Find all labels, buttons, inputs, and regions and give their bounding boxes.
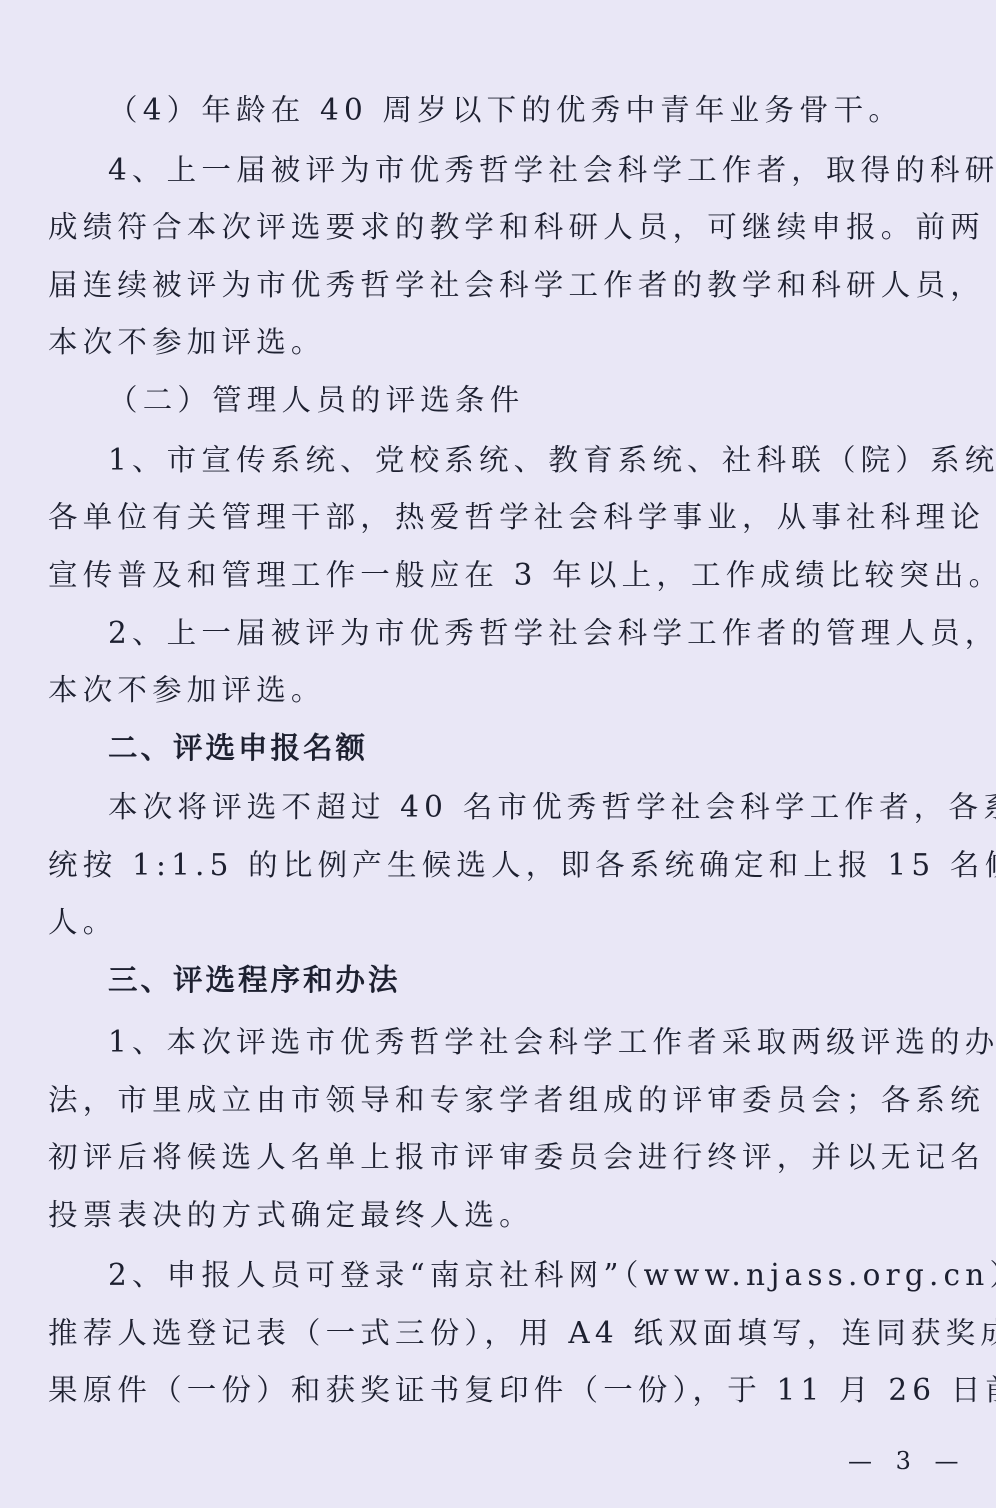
section-heading-procedure: 三、评选程序和办法 <box>108 960 948 1000</box>
section-heading-quota: 二、评选申报名额 <box>108 728 948 768</box>
text-line-procedure-item-2: 2、申报人员可登录“南京社科网”（www.njass.org.cn）下载 <box>108 1255 948 1295</box>
text-line-mgmt-item-2: 2、上一届被评为市优秀哲学社会科学工作者的管理人员， <box>108 613 948 653</box>
text-line: 法，市里成立由市领导和专家学者组成的评审委员会；各系统 <box>48 1080 948 1120</box>
text-line-procedure-item-1: 1、本次评选市优秀哲学社会科学工作者采取两级评选的办 <box>108 1022 948 1062</box>
text-line-age-criterion: （4）年龄在 40 周岁以下的优秀中青年业务骨干。 <box>108 90 948 130</box>
text-line: 人。 <box>48 902 948 942</box>
text-line: 统按 1:1.5 的比例产生候选人，即各系统确定和上报 15 名候选 <box>48 845 948 885</box>
text-line: 届连续被评为市优秀哲学社会科学工作者的教学和科研人员， <box>48 265 948 305</box>
text-line: 成绩符合本次评选要求的教学和科研人员，可继续申报。前两 <box>48 207 948 247</box>
text-line: 推荐人选登记表（一式三份），用 A4 纸双面填写，连同获奖成 <box>48 1313 948 1353</box>
subsection-title-management: （二）管理人员的评选条件 <box>108 380 948 420</box>
text-line-item-4: 4、上一届被评为市优秀哲学社会科学工作者，取得的科研 <box>108 150 948 190</box>
text-line: 果原件（一份）和获奖证书复印件（一份），于 11 月 26 日前送 <box>48 1370 948 1410</box>
text-line-mgmt-item-1: 1、市宣传系统、党校系统、教育系统、社科联（院）系统 <box>108 440 948 480</box>
text-line: 初评后将候选人名单上报市评审委员会进行终评，并以无记名 <box>48 1137 948 1177</box>
text-line: 投票表决的方式确定最终人选。 <box>48 1195 948 1235</box>
page-number: — 3 — <box>848 1447 967 1475</box>
text-line: 各单位有关管理干部，热爱哲学社会科学事业，从事社科理论 <box>48 497 948 537</box>
text-line: 本次不参加评选。 <box>48 322 948 362</box>
document-page: （4）年龄在 40 周岁以下的优秀中青年业务骨干。 4、上一届被评为市优秀哲学社… <box>0 0 996 1508</box>
text-line: 宣传普及和管理工作一般应在 3 年以上，工作成绩比较突出。 <box>48 555 948 595</box>
text-line-quota: 本次将评选不超过 40 名市优秀哲学社会科学工作者，各系 <box>108 787 948 827</box>
text-line: 本次不参加评选。 <box>48 670 948 710</box>
